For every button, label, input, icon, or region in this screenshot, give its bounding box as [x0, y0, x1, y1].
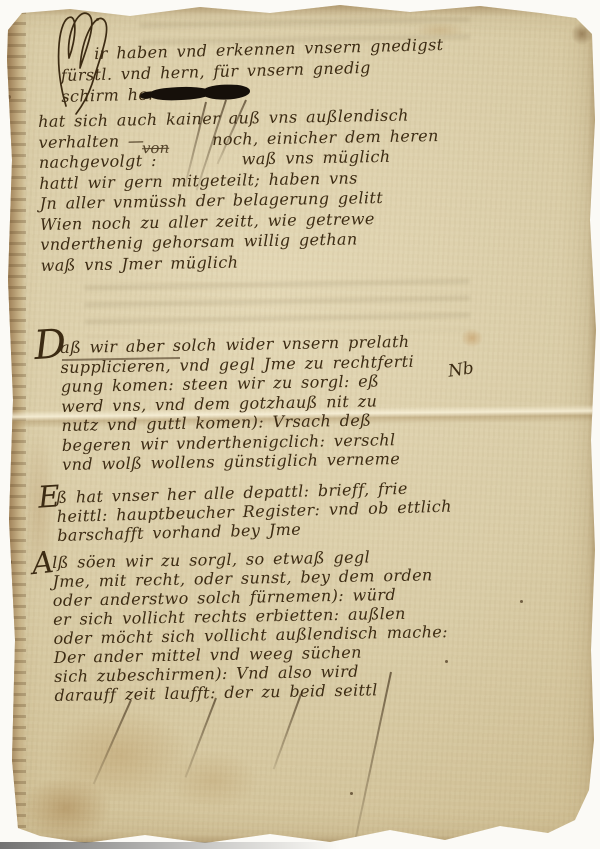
paragraph-3: aß wir aber solch wider vnsern prelath s…	[60, 332, 416, 475]
pen-stroke	[273, 694, 302, 770]
ink-speck	[520, 600, 523, 603]
paragraph-2: hat sich auch kainer auß vns außlendisch…	[38, 105, 441, 276]
ink-speck	[350, 792, 353, 795]
marginal-note-nb: Nb	[447, 358, 475, 381]
manuscript-page: ir haben vnd erkennen vnsern gnedigst fü…	[0, 0, 600, 849]
struck-through-word: von	[142, 139, 169, 157]
pen-stroke	[93, 700, 132, 785]
stitch-hole	[8, 560, 12, 564]
scanner-shadow	[0, 842, 340, 849]
paper-stain	[20, 690, 220, 820]
scan-background: ir haben vnd erkennen vnsern gnedigst fü…	[0, 0, 600, 849]
stitch-hole	[7, 95, 11, 99]
paper-stain	[148, 738, 278, 822]
pen-stroke	[185, 698, 217, 778]
stitch-hole	[5, 330, 9, 334]
paragraph-4: ß hat vnser her alle depattl: brieff, fr…	[56, 478, 453, 545]
page-right-edge	[588, 0, 600, 849]
paragraph-1: ir haben vnd erkennen vnsern gnedigst fü…	[60, 34, 445, 107]
ink-showthrough	[85, 279, 471, 338]
